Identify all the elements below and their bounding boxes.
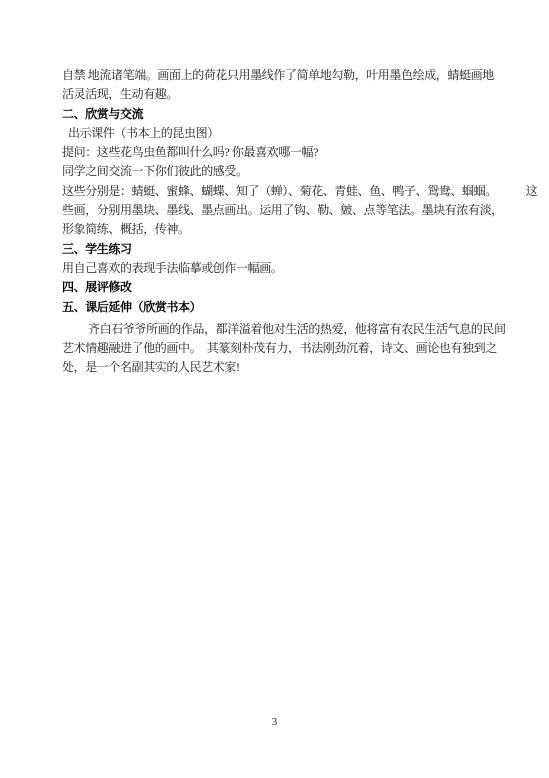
section-heading-student-practice: 三、学生练习 [62, 240, 490, 259]
document-page: 自禁 地流诸笔端。画面上的荷花只用墨线作了简单地勾勒，叶用墨色绘成，蜻蜓画地 活… [0, 0, 549, 778]
body-line: 出示课件（书本上的昆虫图） [62, 124, 490, 143]
body-line: 些画，分别用墨块、墨线、墨点画出。运用了钩、勒、皴、点等笔法。墨块有浓有淡， [62, 201, 490, 220]
body-line: 自禁 地流诸笔端。画面上的荷花只用墨线作了简单地勾勒，叶用墨色绘成，蜻蜓画地 [62, 66, 490, 85]
section-heading-appreciate-exchange: 二、欣赏与交流 [62, 105, 490, 124]
body-line: 艺术情趣融进了他的画中。 其篆刻朴茂有力，书法刚劲沉着，诗文、画论也有独到之 [62, 339, 490, 358]
body-line: 处，是一个名副其实的人民艺术家! [62, 358, 490, 377]
section-heading-review-revise: 四、展评修改 [62, 278, 490, 297]
page-number: 3 [0, 716, 549, 729]
body-line: 同学之间交流一下你们彼此的感受。 [62, 162, 490, 181]
document-body: 自禁 地流诸笔端。画面上的荷花只用墨线作了简单地勾勒，叶用墨色绘成，蜻蜓画地 活… [62, 66, 490, 378]
body-line: 齐白石爷爷所画的作品，都洋溢着他对生活的热爱，他将富有农民生活气息的民间 [62, 320, 490, 339]
body-line: 提问：这些花鸟虫鱼都叫什么吗? 你最喜欢哪一幅? [62, 143, 490, 162]
section-heading-extension: 五、课后延伸（欣赏书本） [62, 298, 490, 317]
body-line: 这些分别是：蜻蜓、蜜蜂、蝴蝶、知了（蝉）、菊花、青蛙、鱼、鸭子、鸳鸯、蝈蝈。 这 [62, 182, 490, 201]
body-line: 形象简练、概括，传神。 [62, 220, 490, 239]
body-line: 用自己喜欢的表现手法临摹或创作一幅画。 [62, 259, 490, 278]
body-line: 活灵活现，生动有趣。 [62, 85, 490, 104]
